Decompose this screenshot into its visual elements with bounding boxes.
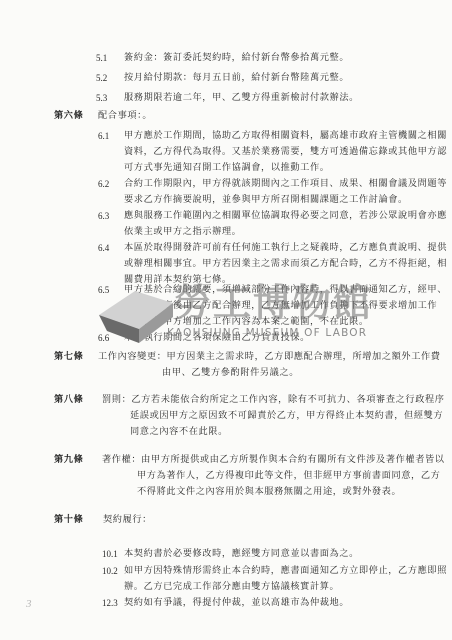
item-text: 甲方基於合約的需要，須增減部份工作內容時，得以書面通知乙方，經甲、 [124,284,447,296]
item-text: 合約工作期限內，甲方得就該期間內之工作項目、成果、相關會議及問題等 [124,178,447,190]
item-number: 6.6 [98,332,109,344]
article-text: 罰則：乙方若未能依合約所定之工作內容，除有不可抗力、各項審查之行政程序 [102,394,445,406]
item-text: 如甲方因特殊情形需終止本合約時，應書面通知乙方立即停止，乙方應即照 [124,565,447,577]
item-text: 或辦理相關事宜。甲方若因業主之需求而須乙方配合時，乙方不得拒絕，相 [124,258,447,270]
item-number: 6.1 [98,130,109,142]
item-number: 6.4 [98,242,109,254]
article-label: 第六條 [54,110,83,122]
article-text: 延誤或因甲方之原因致不可歸責於乙方，甲方得終止本契約書，但經雙方 [130,410,443,422]
article-label: 第十條 [54,514,83,526]
item-number: 6.5 [98,284,109,296]
item-text: 要求乙方作摘要說明，並參與甲方所召開相關課題之工作討論會。 [124,194,408,206]
item-text: 契約如有爭議，得提付仲裁，並以高雄市為仲裁地。 [124,597,349,609]
item-text: 本區於取得開發許可前有任何施工執行上之疑義時，乙方應負責說明、提供 [124,242,447,254]
item-number: 5.2 [96,72,107,84]
article-text: 同意之內容不在此限。 [130,426,228,438]
item-text: 簽約金：簽訂委託契約時，給付新台幣參拾萬元整。 [124,52,349,64]
item-text: 辦。乙方已完成工作部分應由雙方協議核實計算。 [124,581,339,593]
item-number: 12.3 [102,597,118,609]
item-text: 本案執行期間之各項保險由乙方負責投保。 [124,332,310,344]
item-text: 資料，乙方得代為取得。又基於業務需要，雙方可透過備忘錄或其他甲方認 [124,146,447,158]
article-text: 著作權：由甲方所提供或由乙方所製作與本合約有關所有文件涉及著作權者皆以 [102,454,445,466]
item-text: 應與服務工作範圍內之相關單位協調取得必要之同意，若涉公眾說明會亦應 [124,210,447,222]
item-number: 5.3 [96,92,107,104]
item-number: 6.3 [98,210,109,222]
article-text: 由甲、乙雙方參酌附件另議之。 [162,367,299,379]
article-text: 不得將此文件之內容用於與本服務無關之用途，或對外發表。 [137,486,401,498]
article-label: 第七條 [54,351,83,363]
article-label: 第八條 [54,394,83,406]
page-number: 3 [26,598,32,610]
item-number: 5.1 [96,52,107,64]
document-page: 5.1 簽約金：簽訂委託契約時，給付新台幣參拾萬元整。 5.2 按月給付期款：每… [0,0,452,640]
item-text: 按月給付期款：每月五日前，給付新台幣陸萬元整。 [124,72,349,84]
item-text: 可方式事先通知召開工作協調會，以推動工作。 [124,162,330,174]
item-text: 乙雙方協商後由乙方配合辦理，乙方無增加工作負擔下不得要求增加工作 [124,300,437,312]
item-text: 依業主或甲方之指示辦理。 [124,226,241,238]
item-text: 本契約書於必要修改時，應經雙方同意並以書面為之。 [124,548,359,560]
article-text: 工作內容變更：甲方因業主之需求時，乙方即應配合辦理，所增加之額外工作費 [98,351,441,363]
article-text: 甲方為著作人，乙方得複印此等文件，但非經甲方事前書面同意，乙方 [137,470,440,482]
item-number: 10.2 [102,565,118,577]
item-text: 費用，如甲方增加之工作內容為本案之範圍，不在此限。 [124,316,369,328]
item-number: 6.2 [98,178,109,190]
article-title: 配合事項：。 [98,110,152,122]
article-label: 第九條 [54,454,83,466]
item-number: 10.1 [102,548,118,560]
item-text: 甲方應於工作期間，協助乙方取得相關資料，屬高雄市政府主管機關之相關 [124,130,447,142]
item-text: 服務期限若逾二年，甲、乙雙方得重新檢討付款辦法。 [124,92,359,104]
article-title: 契約履行： [103,514,152,526]
